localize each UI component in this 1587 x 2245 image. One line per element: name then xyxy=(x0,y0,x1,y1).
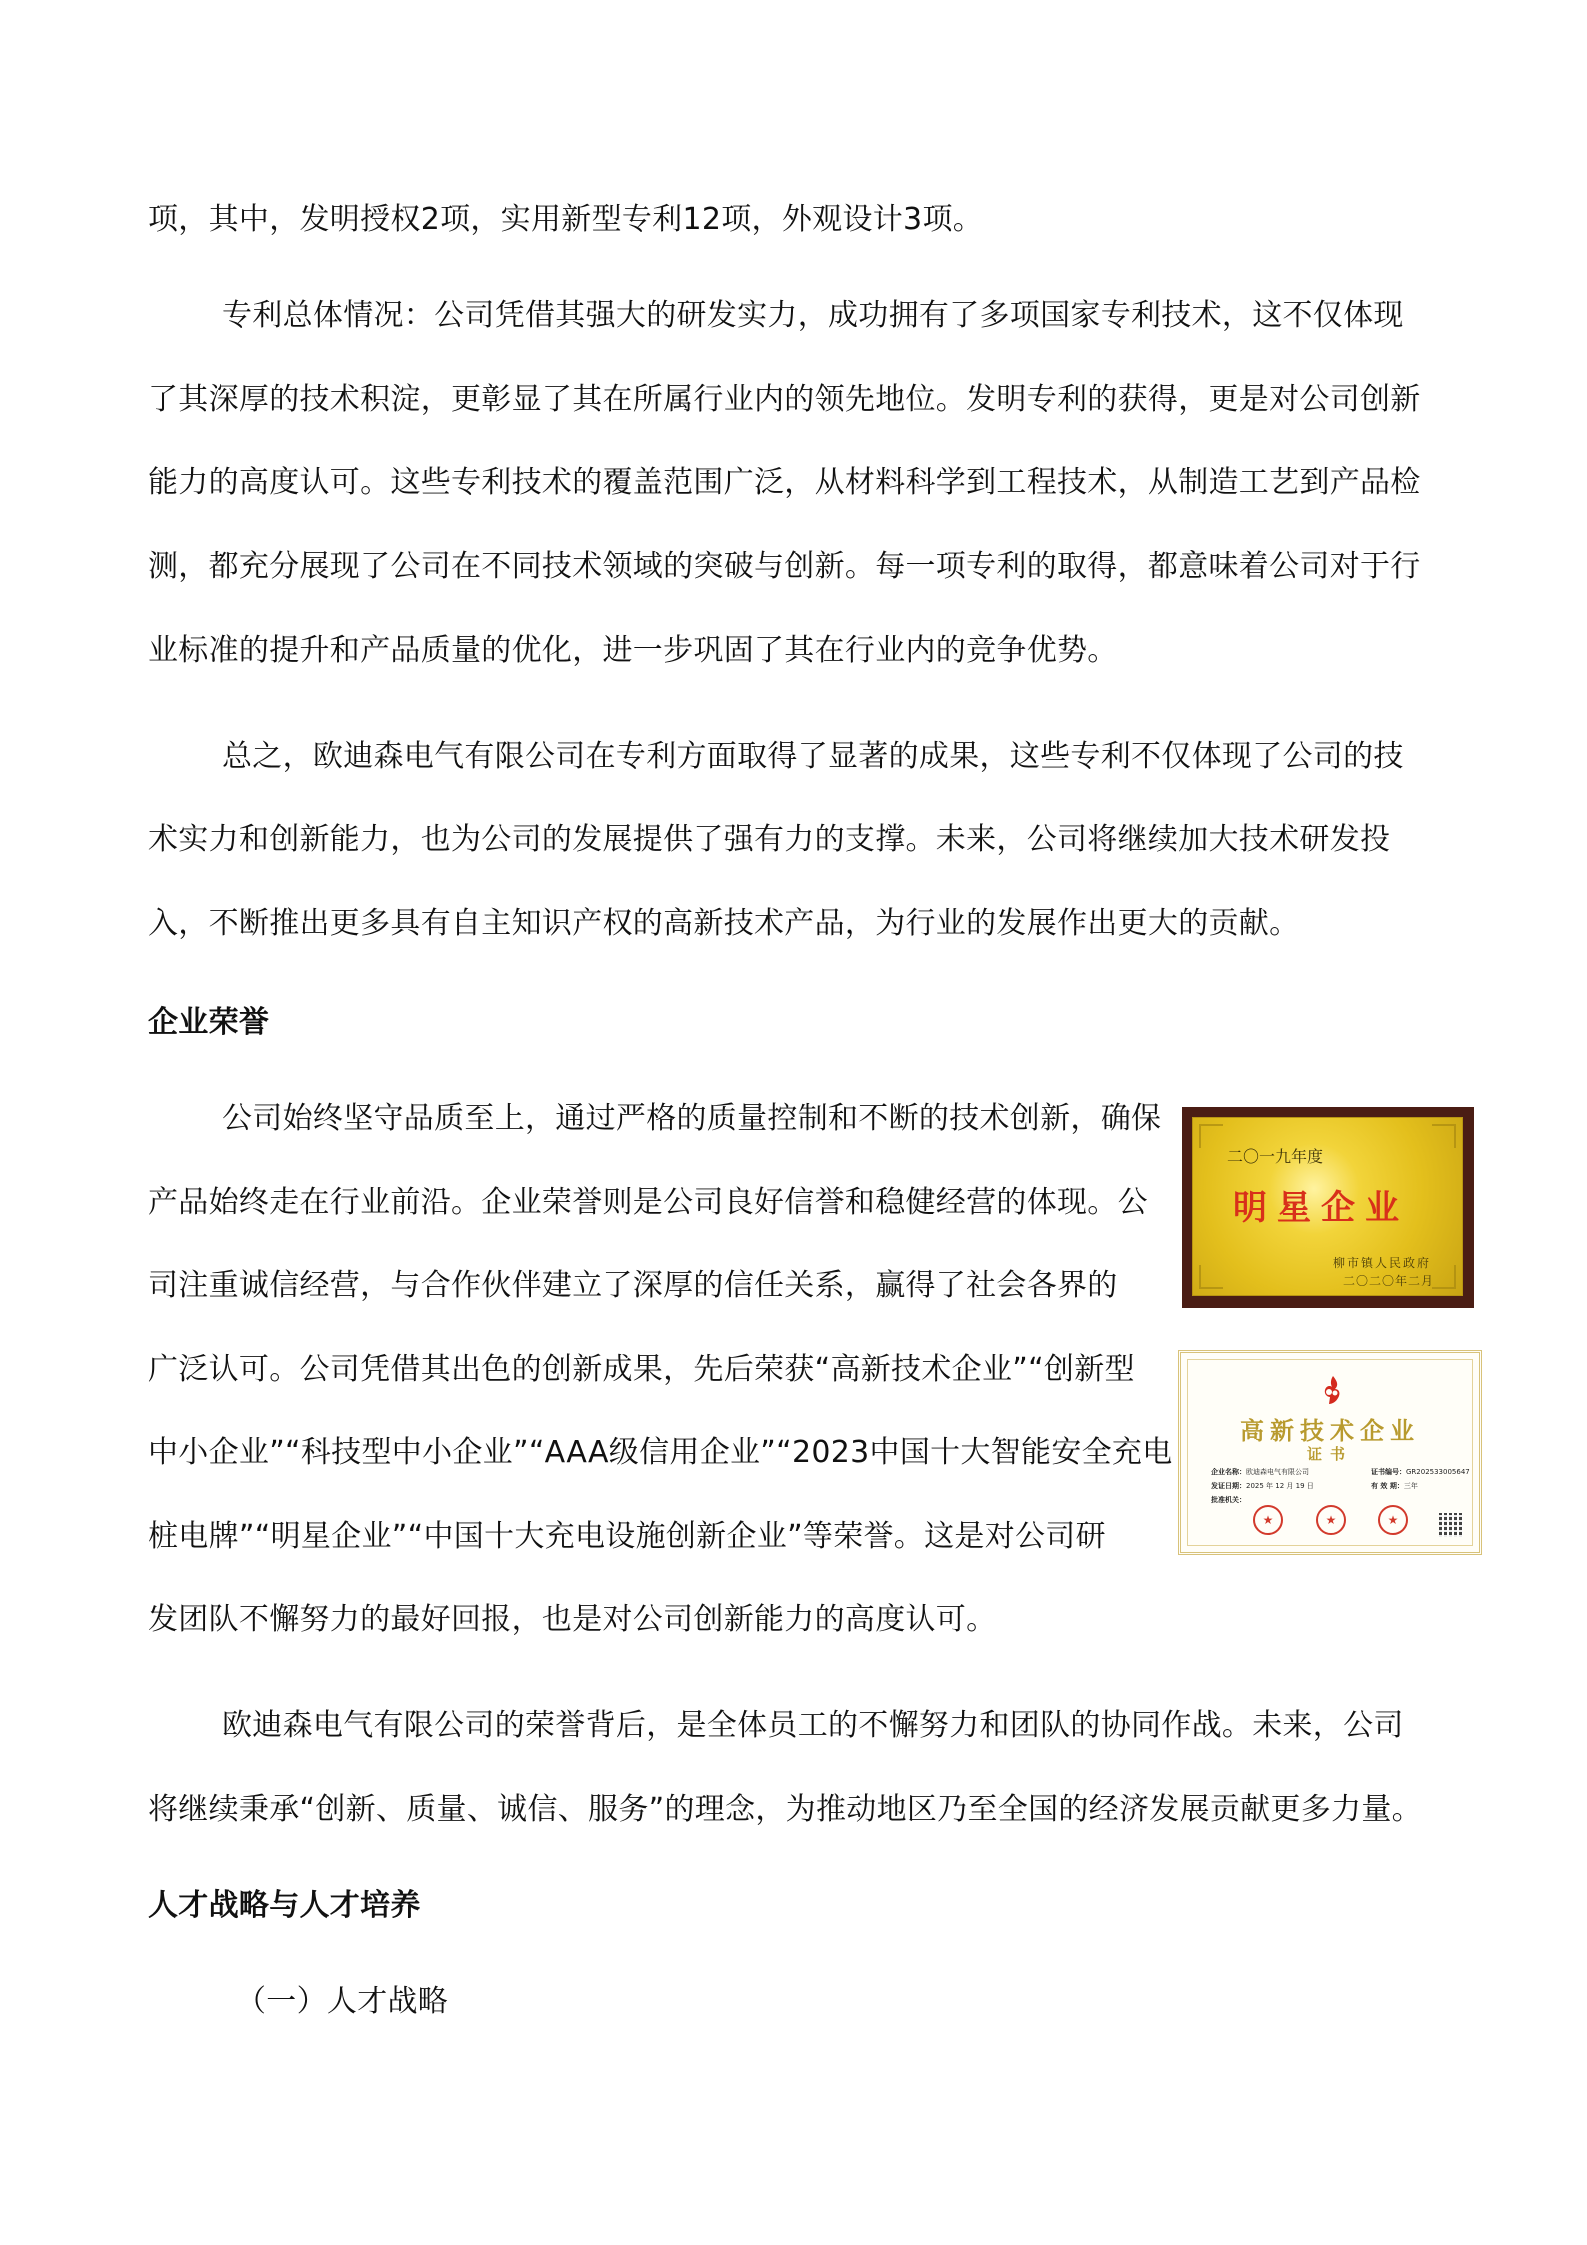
text-line: 项，其中，发明授权2项，实用新型专利12项，外观设计3项。 xyxy=(148,200,983,240)
text-line: 将继续秉承“创新、质量、诚信、服务”的理念，为推动地区乃至全国的经济发展贡献更多… xyxy=(148,1790,1422,1830)
star-enterprise-plaque-image: 二〇一九年度 明星企业 柳市镇人民政府 二〇二〇年二月 xyxy=(1182,1107,1474,1308)
text-line: 广泛认可。公司凭借其出色的创新成果，先后荣获“高新技术企业”“创新型 xyxy=(148,1350,1135,1390)
text-line: 欧迪森电气有限公司的荣誉背后，是全体员工的不懈努力和团队的协同作战。未来，公司 xyxy=(222,1706,1404,1746)
text-line: 发团队不懈努力的最好回报，也是对公司创新能力的高度认可。 xyxy=(148,1600,996,1640)
text-line: 产品始终走在行业前沿。企业荣誉则是公司良好信誉和稳健经营的体现。公 xyxy=(148,1183,1148,1223)
text-line: 入，不断推出更多具有自主知识产权的高新技术产品，为行业的发展作出更大的贡献。 xyxy=(148,904,1299,944)
subsection-heading: （一）人才战略 xyxy=(236,1982,448,2022)
plaque-date: 二〇二〇年二月 xyxy=(1343,1272,1434,1289)
text-line: 公司始终坚守品质至上，通过严格的质量控制和不断的技术创新，确保 xyxy=(222,1099,1161,1139)
section-heading-talent: 人才战略与人才培养 xyxy=(148,1886,421,1926)
high-tech-enterprise-certificate-image: 高新技术企业 证书 企业名称：欧迪森电气有限公司 证书编号：GR20253300… xyxy=(1178,1350,1482,1555)
ornament-icon xyxy=(1199,1265,1223,1289)
text-line: 司注重诚信经营，与合作伙伴建立了深厚的信任关系，赢得了社会各界的 xyxy=(148,1266,1118,1306)
certificate-authority: 批准机关： xyxy=(1211,1495,1246,1505)
certificate-issue-date: 发证日期：2025 年 12 月 19 日 xyxy=(1211,1481,1314,1491)
flame-logo-icon xyxy=(1317,1375,1345,1405)
certificate-number: 证书编号：GR202533005647 xyxy=(1371,1467,1470,1477)
text-line: 总之，欧迪森电气有限公司在专利方面取得了显著的成果，这些专利不仅体现了公司的技 xyxy=(222,737,1404,777)
plaque-year: 二〇一九年度 xyxy=(1227,1144,1323,1167)
plaque-issuer: 柳市镇人民政府 xyxy=(1333,1254,1431,1271)
text-line: 术实力和创新能力，也为公司的发展提供了强有力的支撑。未来，公司将继续加大技术研发… xyxy=(148,820,1390,860)
ornament-icon xyxy=(1432,1265,1456,1289)
text-line: 能力的高度认可。这些专利技术的覆盖范围广泛，从材料科学到工程技术，从制造工艺到产… xyxy=(148,463,1421,503)
qr-code-icon xyxy=(1439,1513,1463,1537)
text-line: 了其深厚的技术积淀，更彰显了其在所属行业内的领先地位。发明专利的获得，更是对公司… xyxy=(148,380,1421,420)
certificate-company: 企业名称：欧迪森电气有限公司 xyxy=(1211,1467,1309,1477)
text-line: 测，都充分展现了公司在不同技术领域的突破与创新。每一项专利的取得，都意味着公司对… xyxy=(148,547,1421,587)
red-seal-icon: ★ xyxy=(1316,1505,1346,1535)
section-heading-honor: 企业荣誉 xyxy=(148,1003,269,1043)
plaque-title: 明星企业 xyxy=(1233,1180,1409,1229)
text-line: 业标准的提升和产品质量的优化，进一步巩固了其在行业内的竞争优势。 xyxy=(148,631,1118,671)
red-seal-icon: ★ xyxy=(1253,1505,1283,1535)
text-line: 专利总体情况：公司凭借其强大的研发实力，成功拥有了多项国家专利技术，这不仅体现 xyxy=(222,296,1404,336)
red-seal-icon: ★ xyxy=(1378,1505,1408,1535)
text-line: 中小企业”“科技型中小企业”“AAA级信用企业”“2023中国十大智能安全充电 xyxy=(148,1433,1173,1473)
certificate-validity: 有 效 期：三年 xyxy=(1371,1481,1418,1491)
text-line: 桩电牌”“明星企业”“中国十大充电设施创新企业”等荣誉。这是对公司研 xyxy=(148,1517,1106,1557)
ornament-icon xyxy=(1199,1124,1223,1148)
ornament-icon xyxy=(1432,1124,1456,1148)
certificate-subtitle: 证书 xyxy=(1181,1443,1479,1464)
certificate-title: 高新技术企业 xyxy=(1181,1411,1479,1446)
